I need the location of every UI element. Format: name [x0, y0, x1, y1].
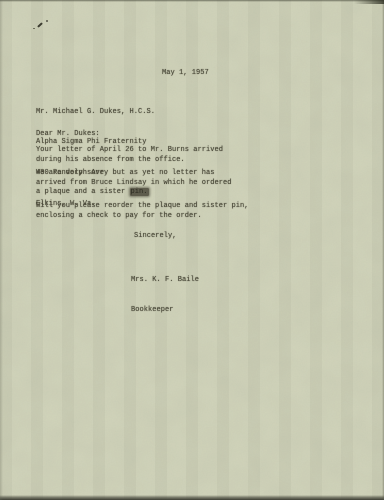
ink-speck: [46, 20, 48, 22]
scan-edge-bottom: [0, 495, 384, 500]
signature-name: Mrs. K. F. Baile: [131, 275, 199, 285]
scan-edge-left: [0, 0, 3, 500]
body-paragraph-1: Your letter of April 26 to Mr. Burns arr…: [36, 146, 223, 165]
recipient-name: Mr. Michael G. Dukes, H.C.S.: [36, 107, 155, 117]
body-paragraph-3: Will you please reorder the plaque and s…: [36, 202, 249, 221]
ink-speck: [37, 22, 43, 28]
body-paragraph-2: We are very sorry but as yet no letter h…: [36, 169, 232, 198]
letter-date: May 1, 1957: [162, 69, 209, 77]
smudged-word: pin.: [130, 188, 149, 196]
complimentary-closing: Sincerely,: [134, 232, 177, 240]
scan-corner-shadow: [354, 0, 384, 4]
ink-speck: [33, 28, 35, 29]
salutation: Dear Mr. Dukes:: [36, 130, 100, 138]
scan-edge-top: [0, 0, 384, 2]
letter-page: May 1, 1957 Mr. Michael G. Dukes, H.C.S.…: [0, 0, 384, 500]
signature-title: Bookkeeper: [131, 305, 199, 315]
signature-block: Mrs. K. F. Baile Bookkeeper: [131, 255, 199, 335]
